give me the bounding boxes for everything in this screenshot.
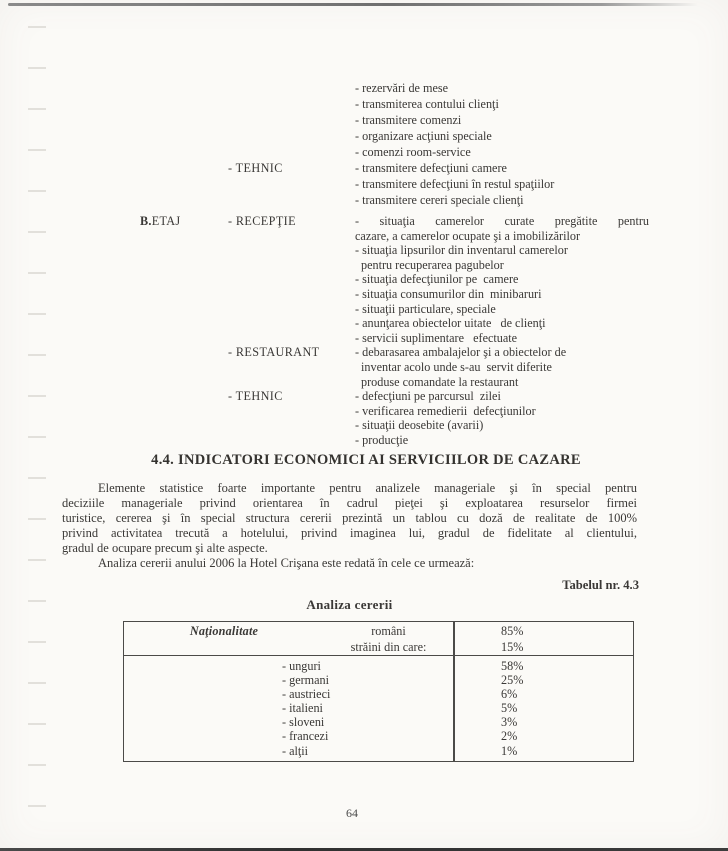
- row-label: - germani: [124, 673, 453, 687]
- schedule-line: - verificarea remedierii defecţiunilor: [140, 404, 652, 419]
- schedule-item-text: - servicii suplimentare efectuate: [355, 331, 649, 346]
- schedule-item-text: - anunţarea obiectelor uitate de clienţi: [355, 316, 649, 331]
- schedule-line: - situaţia consumurilor din minibaruri: [140, 287, 652, 302]
- schedule-item-text: - verificarea remedierii defecţiunilor: [355, 404, 649, 419]
- table-row: Naţionalitate români 85%: [124, 624, 633, 640]
- row-header: Naţionalitate: [124, 624, 324, 640]
- row-label: străini din care:: [324, 640, 453, 656]
- paragraph-line: Analiza cererii anului 2006 la Hotel Cri…: [62, 556, 637, 571]
- schedule-item-text: - transmitere defecţiuni în restul spaţi…: [355, 176, 649, 192]
- schedule-item-text: - organizare acţiuni speciale: [355, 128, 649, 144]
- schedule-line: - rezervări de mese: [140, 80, 652, 96]
- schedule-item-text: - defecţiuni pe parcursul zilei: [355, 389, 649, 404]
- schedule-item-text: - comenzi room-service: [355, 144, 649, 160]
- schedule-item-text: - transmitere cereri speciale clienţi: [355, 192, 649, 208]
- duty-schedule: - rezervări de mese - transmiterea contu…: [140, 80, 652, 448]
- table-summary-section: Naţionalitate români 85% străini din car…: [124, 622, 633, 656]
- schedule-item-text: - transmitere comenzi: [355, 112, 649, 128]
- dept-label: - TEHNIC: [228, 389, 355, 404]
- row-label: - austrieci: [124, 687, 453, 701]
- row-label: - alţii: [124, 744, 453, 758]
- schedule-line: - transmitere cereri speciale clienţi: [140, 192, 652, 208]
- page-number: 64: [0, 806, 704, 821]
- table-row: - francezi2%: [124, 729, 633, 743]
- paragraph-line: Elemente statistice foarte importante pe…: [62, 481, 637, 496]
- table-row: - alţii1%: [124, 744, 633, 758]
- schedule-item-text: - situaţia lipsurilor din inventarul cam…: [355, 243, 649, 258]
- schedule-item-text: - situaţii particulare, speciale: [355, 302, 649, 317]
- table-row: - sloveni3%: [124, 715, 633, 729]
- schedule-item-text: - situaţia defecţiunilor pe camere: [355, 272, 649, 287]
- row-value: 1%: [453, 744, 633, 758]
- row-label: români: [324, 624, 453, 640]
- schedule-item-text: - situaţia camerelor curate pregătite pe…: [355, 214, 649, 229]
- schedule-line: - situaţii deosebite (avarii): [140, 418, 652, 433]
- schedule-item-text: - situaţia consumurilor din minibaruri: [355, 287, 649, 302]
- schedule-line: - anunţarea obiectelor uitate de clienţi: [140, 316, 652, 331]
- schedule-line: - TEHNIC- transmitere defecţiuni camere: [140, 160, 652, 176]
- paragraph-line: privind activitatea trecută a hotelului,…: [62, 526, 637, 541]
- schedule-item-text: - debarasarea ambalajelor şi a obiectelo…: [355, 345, 649, 360]
- table-detail-section: - unguri58% - germani25% - austrieci6% -…: [124, 656, 633, 772]
- schedule-line: - situaţia defecţiunilor pe camere: [140, 272, 652, 287]
- schedule-item-text: pentru recuperarea pagubelor: [355, 258, 649, 273]
- schedule-line: - RESTAURANT- debarasarea ambalajelor şi…: [140, 345, 652, 360]
- row-value: 85%: [453, 624, 633, 640]
- schedule-line: - TEHNIC- defecţiuni pe parcursul zilei: [140, 389, 652, 404]
- demand-table: Naţionalitate români 85% străini din car…: [123, 621, 634, 762]
- dept-label: - TEHNIC: [228, 160, 355, 176]
- schedule-line: - transmitere defecţiuni în restul spaţi…: [140, 176, 652, 192]
- paragraph-line: deciziile manageriale privind orientarea…: [62, 496, 637, 511]
- schedule-line: - producţie: [140, 433, 652, 448]
- schedule-item-text: - transmitere defecţiuni camere: [355, 160, 649, 176]
- scan-edge-top: [8, 3, 698, 6]
- schedule-line: - servicii suplimentare efectuate: [140, 331, 652, 346]
- schedule-item-text: - rezervări de mese: [355, 80, 649, 96]
- table-column-divider: [453, 622, 455, 761]
- schedule-line: - comenzi room-service: [140, 144, 652, 160]
- schedule-item-text: produse comandate la restaurant: [355, 375, 649, 390]
- row-value: 3%: [453, 715, 633, 729]
- section-paragraphs: Elemente statistice foarte importante pe…: [62, 481, 637, 572]
- row-value: 6%: [453, 687, 633, 701]
- row-label: - francezi: [124, 729, 453, 743]
- schedule-block-a: - rezervări de mese - transmiterea contu…: [140, 80, 652, 208]
- schedule-line: - organizare acţiuni speciale: [140, 128, 652, 144]
- table-caption: Tabelul nr. 4.3: [62, 578, 639, 593]
- row-value: 58%: [453, 659, 633, 673]
- row-label: - sloveni: [124, 715, 453, 729]
- schedule-line: B.ETAJ- RECEPŢIE- situaţia camerelor cur…: [140, 214, 652, 229]
- table-row: - austrieci6%: [124, 687, 633, 701]
- section-heading: 4.4. INDICATORI ECONOMICI AI SERVICIILOR…: [60, 452, 672, 469]
- table-row: străini din care: 15%: [124, 640, 633, 656]
- dept-label: - RESTAURANT: [228, 345, 355, 360]
- schedule-item-text: - situaţii deosebite (avarii): [355, 418, 649, 433]
- row-value: 2%: [453, 729, 633, 743]
- schedule-item-text: - producţie: [355, 433, 649, 448]
- table-row: - unguri58%: [124, 659, 633, 673]
- schedule-line: pentru recuperarea pagubelor: [140, 258, 652, 273]
- schedule-line: cazare, a camerelor ocupate şi a imobili…: [140, 229, 652, 244]
- table-row: - germani25%: [124, 673, 633, 687]
- schedule-item-text: cazare, a camerelor ocupate şi a imobili…: [355, 229, 649, 244]
- schedule-item-text: - transmiterea contului clienţi: [355, 96, 649, 112]
- row-label: - italieni: [124, 701, 453, 715]
- schedule-line: - situaţia lipsurilor din inventarul cam…: [140, 243, 652, 258]
- binding-marks: [28, 26, 46, 843]
- schedule-line: - transmiterea contului clienţi: [140, 96, 652, 112]
- section-label: B.ETAJ: [140, 214, 228, 229]
- paragraph-line: gradul de ocupare precum şi alte aspecte…: [62, 541, 637, 556]
- table-row: - italieni5%: [124, 701, 633, 715]
- schedule-line: - transmitere comenzi: [140, 112, 652, 128]
- dept-label: - RECEPŢIE: [228, 214, 355, 229]
- table-title: Analiza cererii: [62, 597, 637, 613]
- schedule-line: produse comandate la restaurant: [140, 375, 652, 390]
- row-value: 5%: [453, 701, 633, 715]
- schedule-line: - situaţii particulare, speciale: [140, 302, 652, 317]
- row-value: 25%: [453, 673, 633, 687]
- schedule-line: inventar acolo unde s-au servit diferite: [140, 360, 652, 375]
- schedule-item-text: inventar acolo unde s-au servit diferite: [355, 360, 649, 375]
- schedule-block-b: B.ETAJ- RECEPŢIE- situaţia camerelor cur…: [140, 214, 652, 448]
- paragraph-line: turistice, cererea şi în special structu…: [62, 511, 637, 526]
- row-value: 15%: [453, 640, 633, 656]
- document-page: - rezervări de mese - transmiterea contu…: [0, 0, 728, 851]
- row-label: - unguri: [124, 659, 453, 673]
